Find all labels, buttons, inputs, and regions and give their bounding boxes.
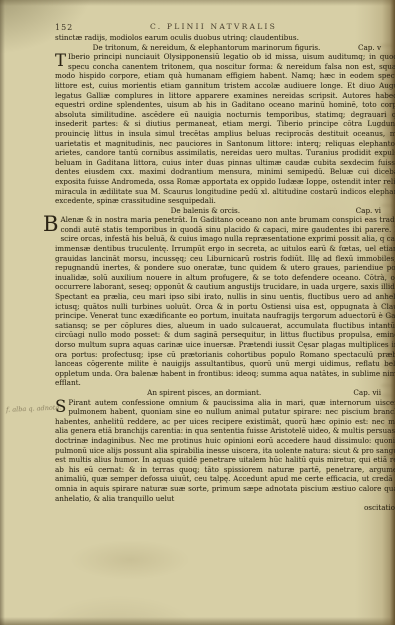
chapter-cap-label: Cap. vii bbox=[353, 388, 381, 398]
drop-cap: T bbox=[55, 53, 66, 71]
chapter-cap-label: Cap. vi bbox=[356, 206, 381, 216]
body-paragraph: stinctæ radijs, modiolos earum oculis du… bbox=[55, 33, 395, 43]
chapter-heading: De tritonum, & nereidum, & elephantorum … bbox=[55, 43, 395, 53]
drop-cap: B bbox=[43, 216, 58, 235]
body-text-column: stinctæ radijs, modiolos earum oculis du… bbox=[55, 33, 395, 513]
paper-stain bbox=[70, 540, 190, 580]
chapter-title: De tritonum, & nereidum, & elephantorum … bbox=[55, 43, 358, 53]
chapter-title: An spirent pisces, an dormiant. bbox=[55, 388, 353, 398]
catchword: oscitatio bbox=[55, 503, 395, 513]
body-paragraph: TIberio principi nunciauit Olysipponensi… bbox=[55, 52, 395, 206]
body-paragraph: BAlenæ & in nostra maria penetrāt. In Ga… bbox=[55, 215, 395, 388]
chapter-heading: An spirent pisces, an dormiant.Cap. vii bbox=[55, 388, 395, 398]
body-paragraph: SPirant autem confessione omnium & pauci… bbox=[55, 398, 395, 504]
chapter-title: De balenis & orcis. bbox=[55, 206, 356, 216]
chapter-heading: De balenis & orcis.Cap. vi bbox=[55, 206, 395, 216]
book-page-scan: 152 C. PLINII NATVRALIS stinctæ radijs, … bbox=[0, 0, 395, 625]
chapter-cap-label: Cap. v bbox=[358, 43, 381, 53]
running-title: C. PLINII NATVRALIS bbox=[40, 22, 387, 31]
